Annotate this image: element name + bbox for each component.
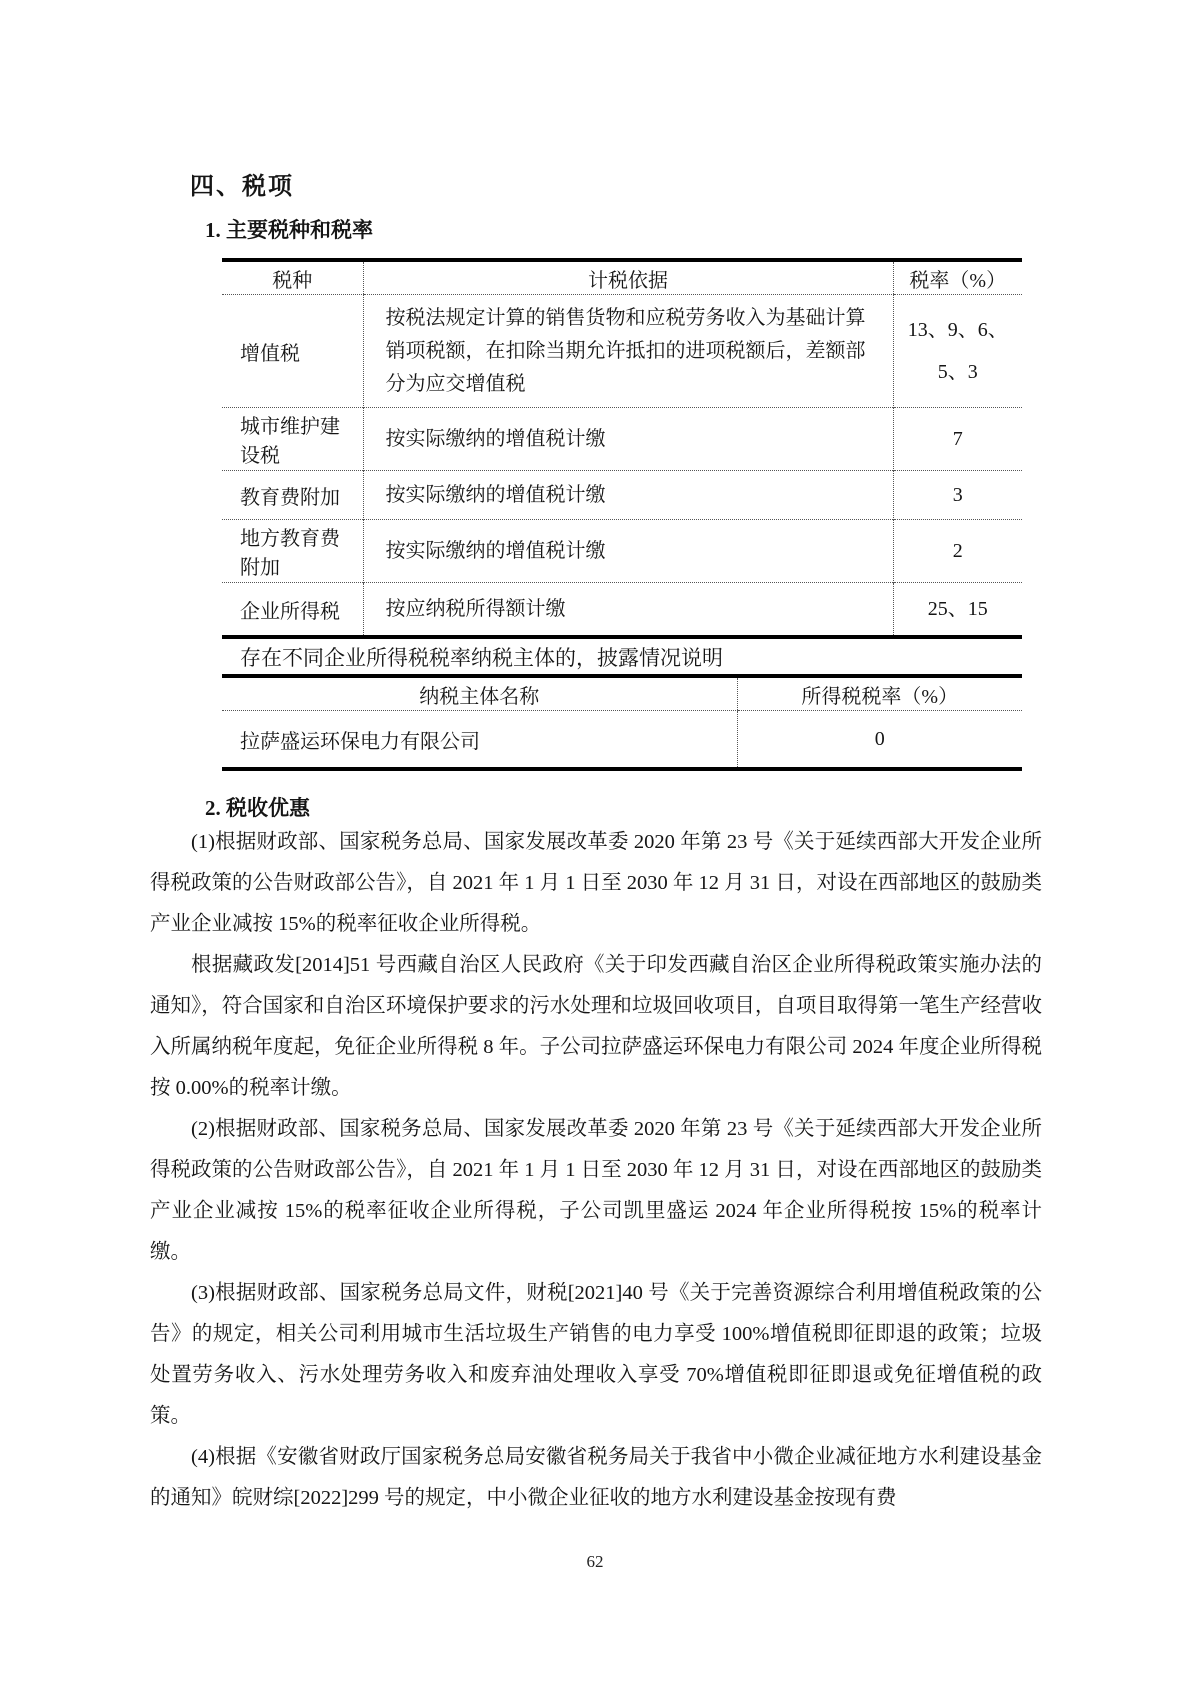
- tax-basis-cell: 按实际缴纳的增值税计缴: [363, 408, 893, 471]
- document-page: 四、税项 1. 主要税种和税率 税种 计税依据 税率（%） 增值税 按税法规定计…: [0, 0, 1190, 1683]
- table-header-row: 纳税主体名称 所得税税率（%）: [222, 676, 1022, 711]
- table-row: 增值税 按税法规定计算的销售货物和应税劳务收入为基础计算销项税额，在扣除当期允许…: [222, 295, 1022, 408]
- paragraph: (2)根据财政部、国家税务总局、国家发展改革委 2020 年第 23 号《关于延…: [150, 1109, 1042, 1273]
- income-tax-entities-table: 纳税主体名称 所得税税率（%） 拉萨盛运环保电力有限公司 0: [222, 674, 1022, 771]
- subsection-title-tax-incentives: 2. 税收优惠: [205, 792, 310, 822]
- col-header-income-tax-rate: 所得税税率（%）: [737, 676, 1022, 711]
- tax-rate-cell: 25、15: [893, 583, 1022, 638]
- col-header-tax-rate: 税率（%）: [893, 260, 1022, 295]
- page-number: 62: [0, 1552, 1190, 1572]
- tax-rate-cell: 13、9、6、5、3: [893, 295, 1022, 408]
- tax-rate-cell: 7: [893, 408, 1022, 471]
- tax-type-cell: 增值税: [222, 295, 363, 408]
- table-header-row: 税种 计税依据 税率（%）: [222, 260, 1022, 295]
- table-row: 拉萨盛运环保电力有限公司 0: [222, 711, 1022, 770]
- paragraph: (3)根据财政部、国家税务总局文件，财税[2021]40 号《关于完善资源综合利…: [150, 1273, 1042, 1437]
- table-row: 地方教育费附加 按实际缴纳的增值税计缴 2: [222, 520, 1022, 583]
- paragraph: (4)根据《安徽省财政厅国家税务总局安徽省税务局关于我省中小微企业减征地方水利建…: [150, 1437, 1042, 1519]
- entity-rate-cell: 0: [737, 711, 1022, 770]
- tax-type-cell: 教育费附加: [222, 471, 363, 520]
- tax-basis-cell: 按税法规定计算的销售货物和应税劳务收入为基础计算销项税额，在扣除当期允许抵扣的进…: [363, 295, 893, 408]
- section-heading: 四、税项: [190, 166, 294, 201]
- table-row: 教育费附加 按实际缴纳的增值税计缴 3: [222, 471, 1022, 520]
- body-paragraphs: (1)根据财政部、国家税务总局、国家发展改革委 2020 年第 23 号《关于延…: [150, 822, 1042, 1519]
- col-header-entity-name: 纳税主体名称: [222, 676, 737, 711]
- entity-name-cell: 拉萨盛运环保电力有限公司: [222, 711, 737, 770]
- tax-type-cell: 企业所得税: [222, 583, 363, 638]
- paragraph: (1)根据财政部、国家税务总局、国家发展改革委 2020 年第 23 号《关于延…: [150, 822, 1042, 945]
- tax-rates-table: 税种 计税依据 税率（%） 增值税 按税法规定计算的销售货物和应税劳务收入为基础…: [222, 258, 1022, 639]
- table-row: 企业所得税 按应纳税所得额计缴 25、15: [222, 583, 1022, 638]
- subsection-title-main-taxes: 1. 主要税种和税率: [205, 214, 373, 244]
- col-header-tax-basis: 计税依据: [363, 260, 893, 295]
- tax-type-cell: 城市维护建设税: [222, 408, 363, 471]
- tax-type-cell: 地方教育费附加: [222, 520, 363, 583]
- tax-basis-cell: 按实际缴纳的增值税计缴: [363, 471, 893, 520]
- disclosure-note: 存在不同企业所得税税率纳税主体的，披露情况说明: [240, 642, 1022, 672]
- tax-rate-cell: 2: [893, 520, 1022, 583]
- paragraph: 根据藏政发[2014]51 号西藏自治区人民政府《关于印发西藏自治区企业所得税政…: [150, 945, 1042, 1109]
- tax-basis-cell: 按应纳税所得额计缴: [363, 583, 893, 638]
- col-header-tax-type: 税种: [222, 260, 363, 295]
- table-row: 城市维护建设税 按实际缴纳的增值税计缴 7: [222, 408, 1022, 471]
- tax-rate-cell: 3: [893, 471, 1022, 520]
- tax-basis-cell: 按实际缴纳的增值税计缴: [363, 520, 893, 583]
